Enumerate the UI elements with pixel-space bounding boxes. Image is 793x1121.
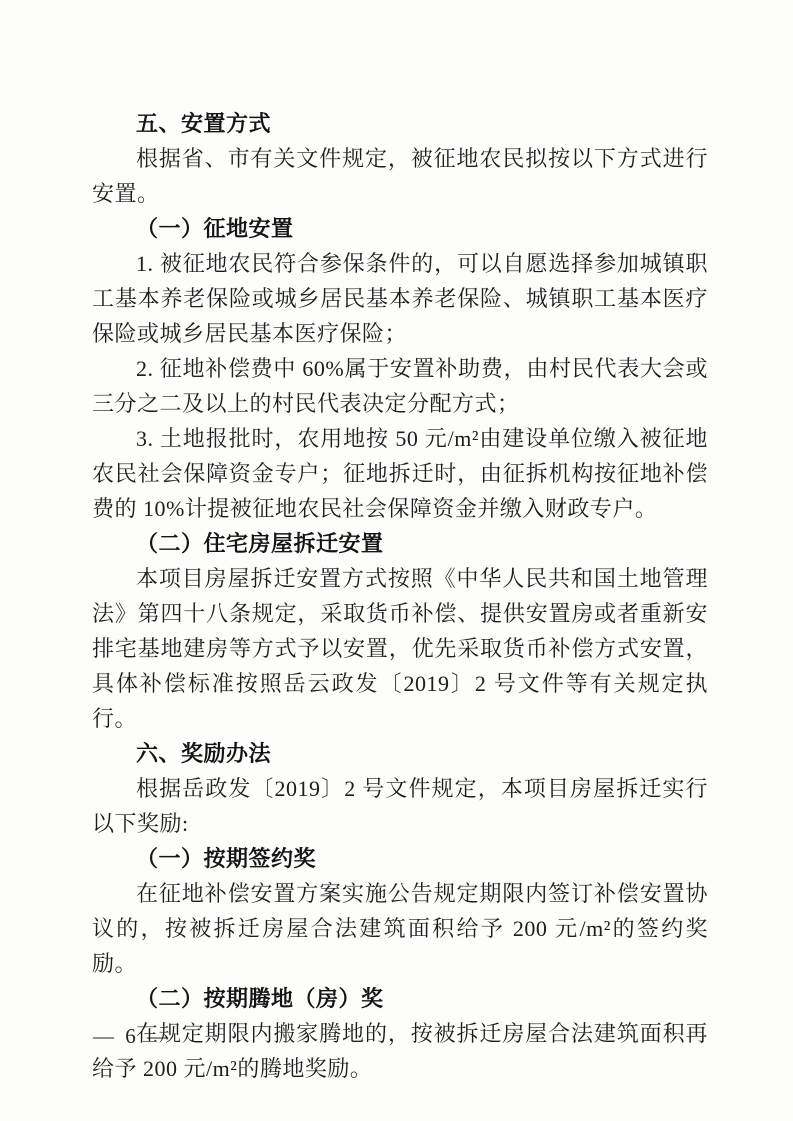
para-placement-intro: 根据省、市有关文件规定，被征地农民拟按以下方式进行安置。: [92, 141, 708, 211]
para-item-1-insurance: 1. 被征地农民符合参保条件的，可以自愿选择参加城镇职工基本养老保险或城乡居民基…: [92, 246, 708, 351]
document-page: 五、安置方式 根据省、市有关文件规定，被征地农民拟按以下方式进行安置。 （一）征…: [0, 0, 793, 1121]
para-house-placement-detail: 本项目房屋拆迁安置方式按照《中华人民共和国土地管理法》第四十八条规定，采取货币补…: [92, 561, 708, 736]
document-content: 五、安置方式 根据省、市有关文件规定，被征地农民拟按以下方式进行安置。 （一）征…: [92, 106, 708, 1086]
page-number: — 6 —: [93, 1021, 171, 1051]
subheading-house-demolition-placement: （二）住宅房屋拆迁安置: [92, 526, 708, 561]
subheading-land-acquisition-placement: （一）征地安置: [92, 211, 708, 246]
subheading-signing-reward: （一）按期签约奖: [92, 841, 708, 876]
para-item-2-subsidy: 2. 征地补偿费中 60%属于安置补助费，由村民代表大会或三分之二及以上的村民代…: [92, 351, 708, 421]
subheading-vacating-reward: （二）按期腾地（房）奖: [92, 981, 708, 1016]
section-heading-reward-measures: 六、奖励办法: [92, 736, 708, 771]
para-reward-intro: 根据岳政发〔2019〕2 号文件规定，本项目房屋拆迁实行以下奖励:: [92, 771, 708, 841]
para-signing-reward-detail: 在征地补偿安置方案实施公告规定期限内签订补偿安置协议的，按被拆迁房屋合法建筑面积…: [92, 876, 708, 981]
para-item-3-social-security: 3. 土地报批时，农用地按 50 元/m²由建设单位缴入被征地农民社会保障资金专…: [92, 421, 708, 526]
section-heading-placement-method: 五、安置方式: [92, 106, 708, 141]
para-vacating-reward-detail: 在规定期限内搬家腾地的，按被拆迁房屋合法建筑面积再给予 200 元/m²的腾地奖…: [92, 1016, 708, 1086]
